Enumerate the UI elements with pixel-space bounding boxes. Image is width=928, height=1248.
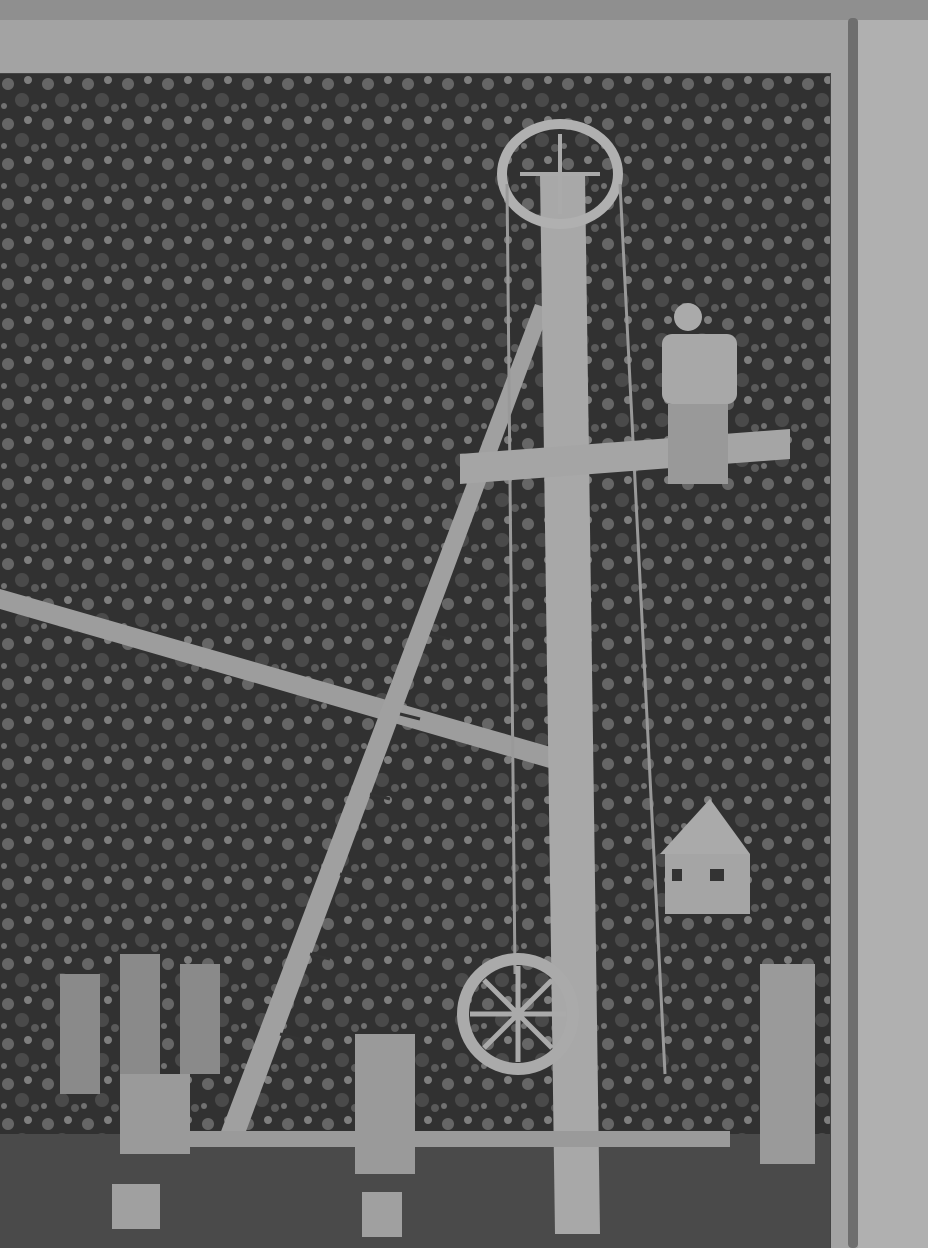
- scan-top-edge: [0, 0, 928, 20]
- flywheel: [463, 959, 573, 1069]
- film-edge-shadow: [848, 18, 858, 1248]
- derrick-scene: [0, 74, 830, 1248]
- halftone-photograph: [0, 73, 831, 1248]
- page-margin: [858, 20, 928, 1248]
